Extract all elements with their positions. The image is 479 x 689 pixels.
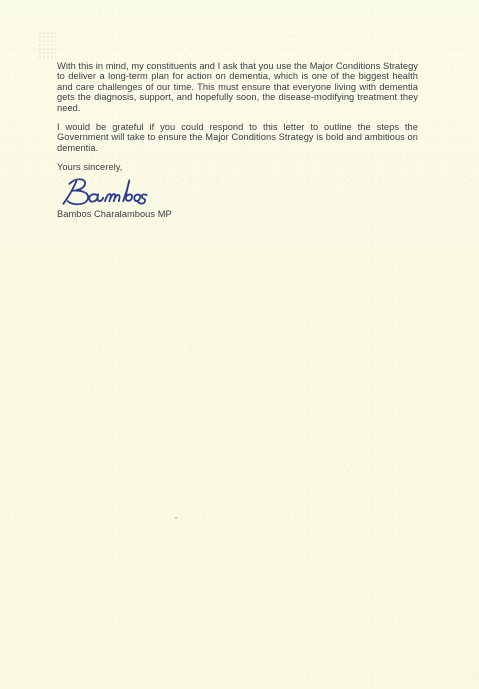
signature-bambos-svg	[57, 176, 153, 209]
halftone-watermark	[38, 31, 56, 58]
body-paragraph-2: I would be grateful if you could respond…	[57, 122, 418, 153]
scan-speck	[175, 517, 177, 519]
letter-page: With this in mind, my constituents and I…	[0, 0, 479, 689]
body-paragraph-1: With this in mind, my constituents and I…	[57, 61, 418, 113]
letter-body: With this in mind, my constituents and I…	[57, 61, 418, 219]
signature-image	[57, 176, 153, 209]
closing-salutation: Yours sincerely,	[57, 162, 418, 172]
signer-name: Bambos Charalambous MP	[57, 209, 418, 219]
